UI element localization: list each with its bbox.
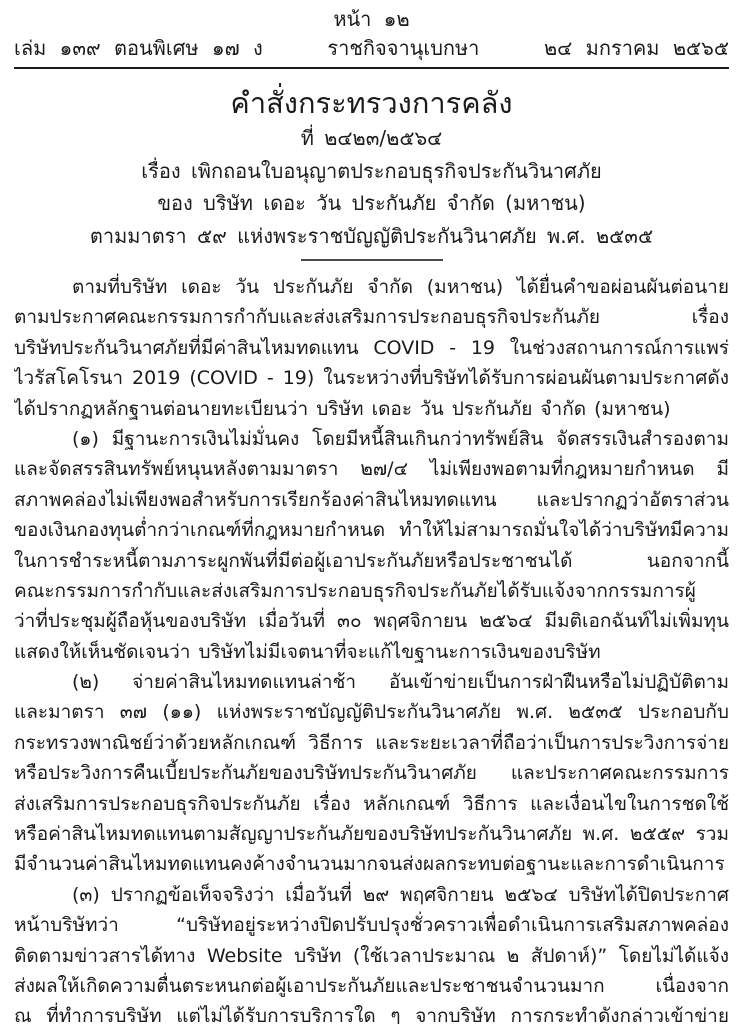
document-page: หน้า ๑๒ เล่ม ๑๓๙ ตอนพิเศษ ๑๗ ง ราชกิจจาน… — [0, 0, 743, 1024]
body-line: สภาพคล่องไม่เพียงพอสำหรับการเรียกร้องค่า… — [14, 485, 729, 515]
body-line: บริษัทประกันวินาศภัยที่มีค่าสินไหมทดแทน … — [14, 333, 729, 363]
body-line: และมาตรา ๓๗ (๑๑) แห่งพระราชบัญญัติประกัน… — [14, 697, 729, 727]
header-rule — [14, 67, 729, 69]
body-line: มีจำนวนค่าสินไหมทดแทนคงค้างจำนวนมากจนส่ง… — [14, 849, 729, 879]
subject-line-1: เรื่อง เพิกถอนใบอนุญาตประกอบธุรกิจประกัน… — [14, 155, 729, 188]
body-line: แสดงให้เห็นชัดเจนว่า บริษัทไม่มีเจตนาที่… — [14, 637, 729, 667]
body-text: ตามที่บริษัท เดอะ วัน ประกันภัย จำกัด (ม… — [14, 272, 729, 1024]
body-line: คณะกรรมการกำกับและส่งเสริมการประกอบธุรกิ… — [14, 576, 729, 606]
title-block: คำสั่งกระทรวงการคลัง ที่ ๒๔๒๓/๒๕๖๔ เรื่อ… — [14, 84, 729, 261]
body-line: ตามประกาศคณะกรรมการกำกับและส่งเสริมการปร… — [14, 302, 729, 332]
body-line: (๓) ปรากฏข้อเท็จจริงว่า เมื่อวันที่ ๒๙ พ… — [14, 880, 729, 910]
order-number: ที่ ๒๔๒๓/๒๕๖๔ — [14, 122, 729, 155]
page-number-label: หน้า ๑๒ — [14, 6, 729, 32]
body-line: ติดตามข่าวสารได้ทาง Website บริษัท (ใช้เ… — [14, 941, 729, 971]
body-line: กระทรวงพาณิชย์ว่าด้วยหลักเกณฑ์ วิธีการ แ… — [14, 728, 729, 758]
subject-line-3: ตามมาตรา ๕๙ แห่งพระราชบัญญัติประกันวินาศ… — [14, 220, 729, 253]
gazette-title: ราชกิจจานุเบกษา — [327, 35, 479, 61]
publish-date: ๒๔ มกราคม ๒๕๖๕ — [544, 35, 729, 61]
body-line: ว่าที่ประชุมผู้ถือหุ้นของบริษัท เมื่อวัน… — [14, 606, 729, 636]
title-divider — [301, 259, 443, 261]
body-line: (๒) จ่ายค่าสินไหมทดแทนล่าช้า อันเข้าข่าย… — [14, 667, 729, 697]
volume-label: เล่ม ๑๓๙ ตอนพิเศษ ๑๗ ง — [14, 35, 263, 61]
body-line: ตามที่บริษัท เดอะ วัน ประกันภัย จำกัด (ม… — [14, 272, 729, 302]
body-line: (๑) มีฐานะการเงินไม่มั่นคง โดยมีหนี้สินเ… — [14, 424, 729, 454]
body-line: ไวรัสโคโรนา 2019 (COVID - 19) ในระหว่างท… — [14, 363, 729, 393]
body-line: หรือค่าสินไหมทดแทนตามสัญญาประกันภัยของบร… — [14, 819, 729, 849]
body-line: ส่งเสริมการประกอบธุรกิจประกันภัย เรื่อง … — [14, 789, 729, 819]
body-line: ในการชำระหนี้ตามภาระผูกพันที่มีต่อผู้เอา… — [14, 546, 729, 576]
page-header: เล่ม ๑๓๙ ตอนพิเศษ ๑๗ ง ราชกิจจานุเบกษา ๒… — [14, 35, 729, 61]
body-line: ของเงินกองทุนต่ำกว่าเกณฑ์ที่กฎหมายกำหนด … — [14, 515, 729, 545]
body-line: หรือประวิงการคืนเบี้ยประกันภัยของบริษัทป… — [14, 758, 729, 788]
body-line: ณ ที่ทำการบริษัท แต่ไม่ได้รับการบริการใด… — [14, 1001, 729, 1024]
ministry-order-title: คำสั่งกระทรวงการคลัง — [14, 84, 729, 122]
subject-line-2: ของ บริษัท เดอะ วัน ประกันภัย จำกัด (มหา… — [14, 187, 729, 220]
body-line: ได้ปรากฏหลักฐานต่อนายทะเบียนว่า บริษัท เ… — [14, 394, 729, 424]
body-line: ส่งผลให้เกิดความตื่นตระหนกต่อผู้เอาประกั… — [14, 971, 729, 1001]
body-line: หน้าบริษัทว่า “บริษัทอยู่ระหว่างปิดปรับป… — [14, 910, 729, 940]
body-line: และจัดสรรสินทรัพย์หนุนหลังตามมาตรา ๒๗/๔ … — [14, 454, 729, 484]
